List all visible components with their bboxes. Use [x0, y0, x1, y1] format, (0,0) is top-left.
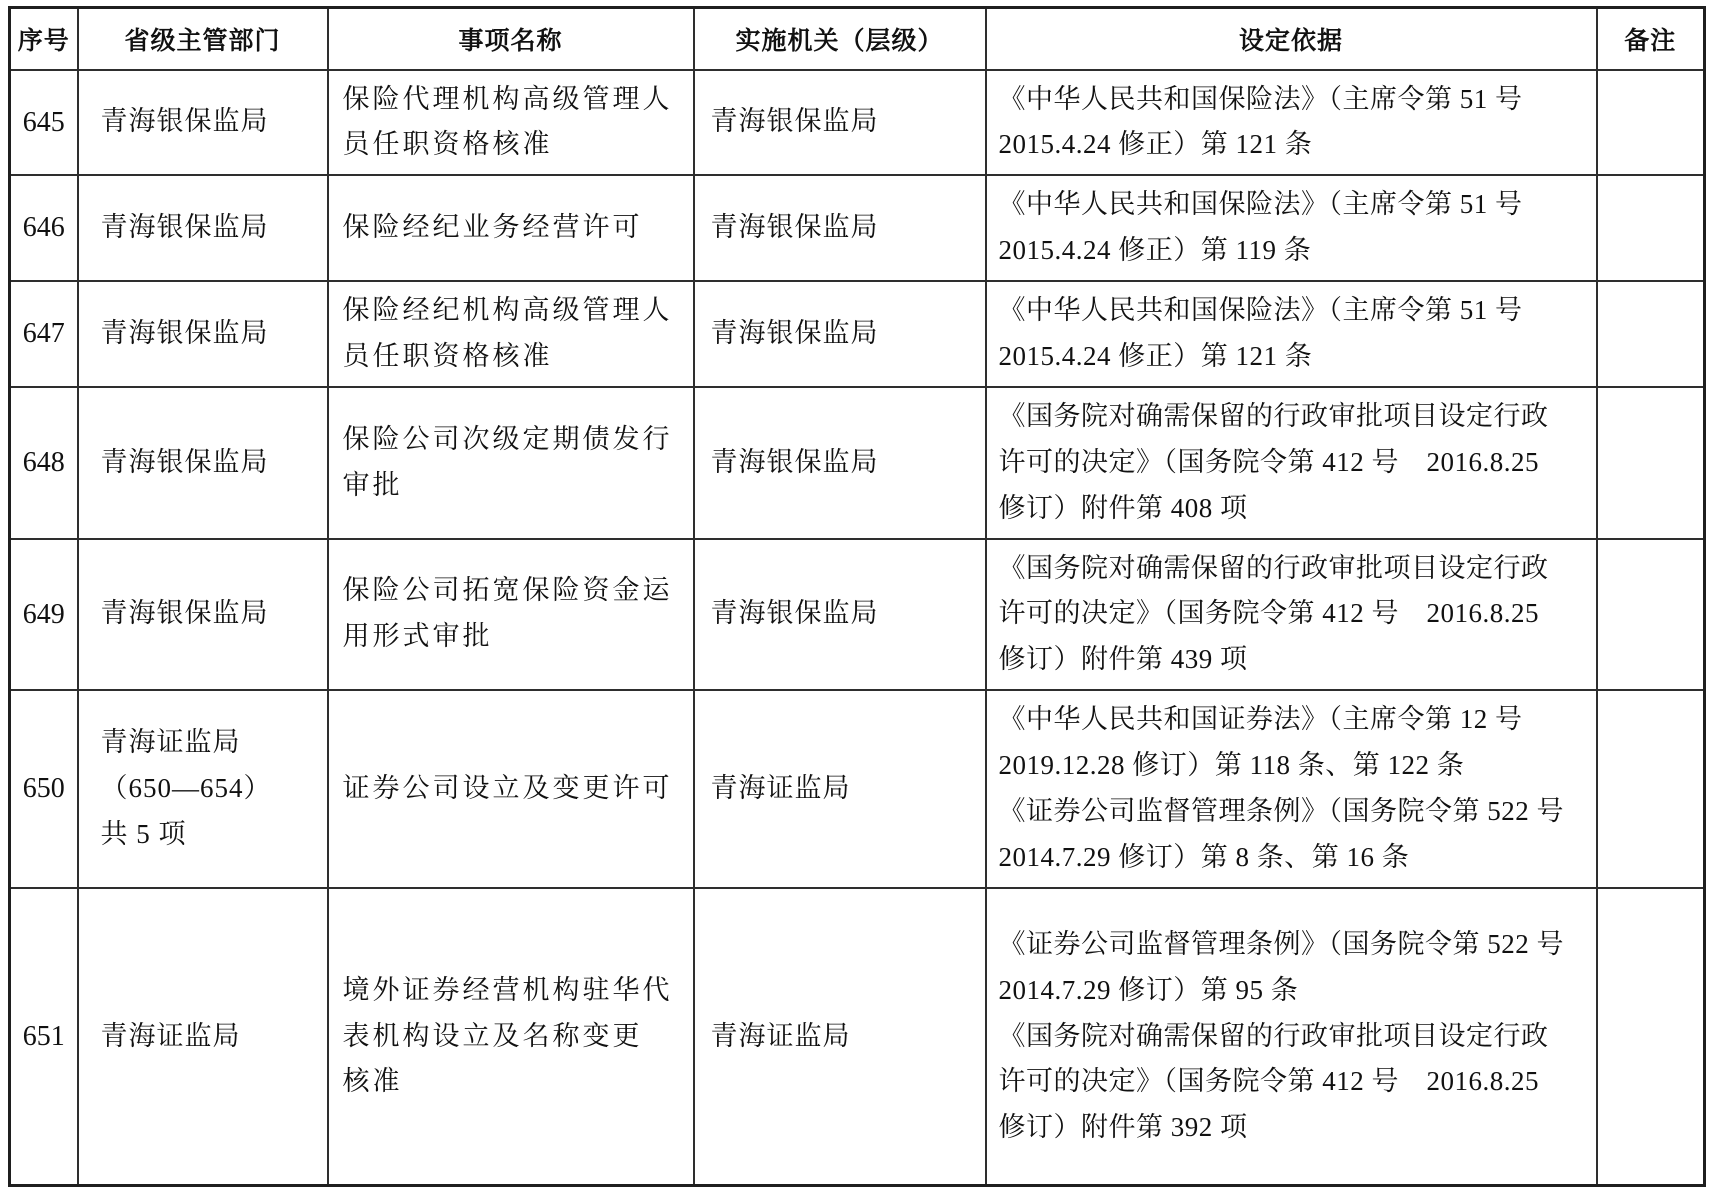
cell-remark: [1597, 539, 1705, 691]
cell-department: 青海银保监局: [78, 387, 328, 539]
column-header-basis: 设定依据: [986, 8, 1597, 70]
cell-department: 青海证监局: [78, 888, 328, 1186]
cell-basis: 《国务院对确需保留的行政审批项目设定行政 许可的决定》（国务院令第 412 号 …: [986, 539, 1597, 691]
cell-basis: 《证券公司监督管理条例》（国务院令第 522 号 2014.7.29 修订）第 …: [986, 888, 1597, 1186]
cell-department: 青海银保监局: [78, 281, 328, 387]
cell-remark: [1597, 175, 1705, 281]
header-row: 序号 省级主管部门 事项名称 实施机关（层级） 设定依据 备注: [10, 8, 1705, 70]
cell-agency: 青海证监局: [694, 690, 986, 888]
column-header-index: 序号: [10, 8, 78, 70]
cell-index: 645: [10, 70, 78, 176]
cell-index: 651: [10, 888, 78, 1186]
cell-remark: [1597, 387, 1705, 539]
cell-basis: 《中华人民共和国保险法》（主席令第 51 号 2015.4.24 修正）第 11…: [986, 175, 1597, 281]
approval-items-table: 序号 省级主管部门 事项名称 实施机关（层级） 设定依据 备注 645 青海银保…: [8, 6, 1706, 1187]
cell-index: 646: [10, 175, 78, 281]
cell-index: 647: [10, 281, 78, 387]
cell-department: 青海银保监局: [78, 175, 328, 281]
table-row-650: 650 青海证监局 （650—654） 共 5 项 证券公司设立及变更许可 青海…: [10, 690, 1705, 888]
cell-agency: 青海银保监局: [694, 175, 986, 281]
cell-item-name: 证券公司设立及变更许可: [328, 690, 694, 888]
cell-remark: [1597, 690, 1705, 888]
column-header-remark: 备注: [1597, 8, 1705, 70]
cell-agency: 青海银保监局: [694, 387, 986, 539]
cell-basis: 《国务院对确需保留的行政审批项目设定行政 许可的决定》（国务院令第 412 号 …: [986, 387, 1597, 539]
cell-item-name: 保险代理机构高级管理人 员任职资格核准: [328, 70, 694, 176]
cell-basis: 《中华人民共和国证券法》（主席令第 12 号 2019.12.28 修订）第 1…: [986, 690, 1597, 888]
table-row-649: 649 青海银保监局 保险公司拓宽保险资金运 用形式审批 青海银保监局 《国务院…: [10, 539, 1705, 691]
cell-agency: 青海银保监局: [694, 539, 986, 691]
cell-department: 青海银保监局: [78, 539, 328, 691]
cell-department: 青海银保监局: [78, 70, 328, 176]
column-header-item-name: 事项名称: [328, 8, 694, 70]
table-row-645: 645 青海银保监局 保险代理机构高级管理人 员任职资格核准 青海银保监局 《中…: [10, 70, 1705, 176]
table-row-648: 648 青海银保监局 保险公司次级定期债发行 审批 青海银保监局 《国务院对确需…: [10, 387, 1705, 539]
cell-item-name: 保险经纪机构高级管理人 员任职资格核准: [328, 281, 694, 387]
table-row-646: 646 青海银保监局 保险经纪业务经营许可 青海银保监局 《中华人民共和国保险法…: [10, 175, 1705, 281]
cell-item-name: 保险公司次级定期债发行 审批: [328, 387, 694, 539]
cell-basis: 《中华人民共和国保险法》（主席令第 51 号 2015.4.24 修正）第 12…: [986, 281, 1597, 387]
cell-item-name: 保险经纪业务经营许可: [328, 175, 694, 281]
cell-item-name: 保险公司拓宽保险资金运 用形式审批: [328, 539, 694, 691]
table-row-651: 651 青海证监局 境外证券经营机构驻华代 表机构设立及名称变更 核准 青海证监…: [10, 888, 1705, 1186]
document-page: 序号 省级主管部门 事项名称 实施机关（层级） 设定依据 备注 645 青海银保…: [0, 0, 1711, 1175]
cell-department: 青海证监局 （650—654） 共 5 项: [78, 690, 328, 888]
column-header-department: 省级主管部门: [78, 8, 328, 70]
cell-index: 649: [10, 539, 78, 691]
cell-agency: 青海银保监局: [694, 70, 986, 176]
cell-item-name: 境外证券经营机构驻华代 表机构设立及名称变更 核准: [328, 888, 694, 1186]
cell-index: 648: [10, 387, 78, 539]
cell-remark: [1597, 70, 1705, 176]
cell-remark: [1597, 888, 1705, 1186]
table-row-647: 647 青海银保监局 保险经纪机构高级管理人 员任职资格核准 青海银保监局 《中…: [10, 281, 1705, 387]
cell-index: 650: [10, 690, 78, 888]
cell-agency: 青海银保监局: [694, 281, 986, 387]
cell-remark: [1597, 281, 1705, 387]
cell-agency: 青海证监局: [694, 888, 986, 1186]
cell-basis: 《中华人民共和国保险法》（主席令第 51 号 2015.4.24 修正）第 12…: [986, 70, 1597, 176]
column-header-agency: 实施机关（层级）: [694, 8, 986, 70]
